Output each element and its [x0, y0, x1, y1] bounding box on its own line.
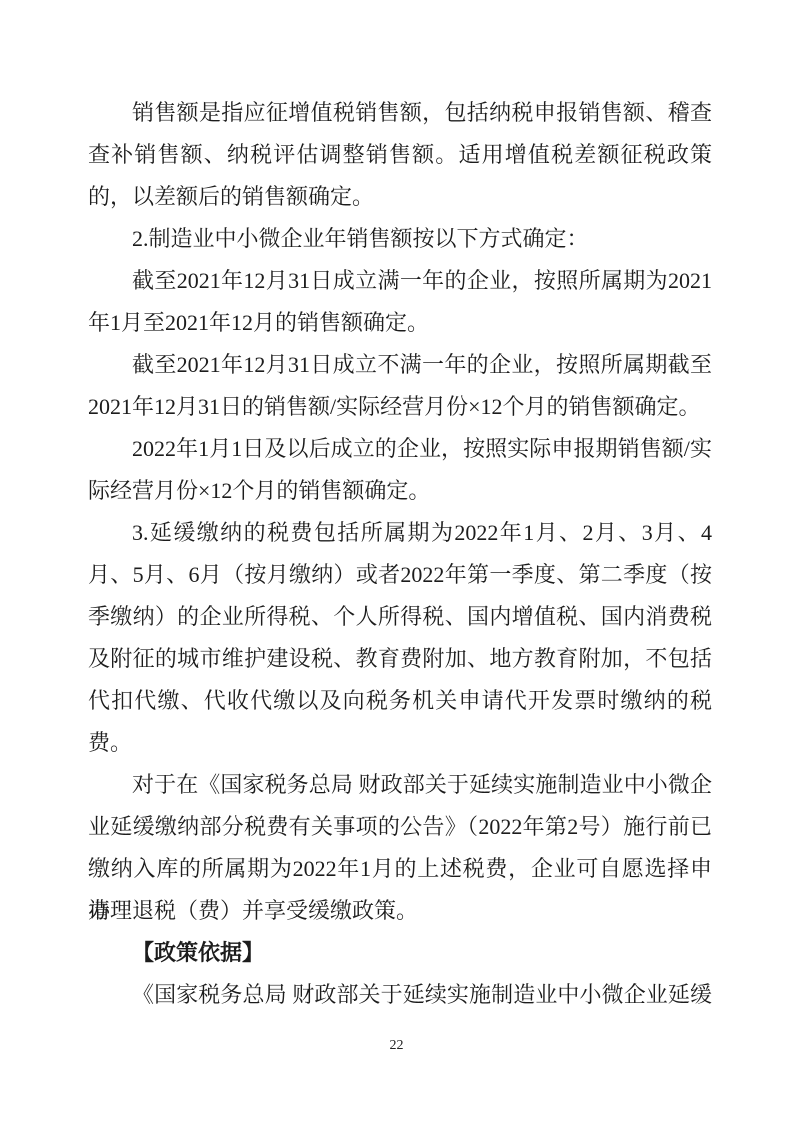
text-line: 季缴纳）的企业所得税、个人所得税、国内增值税、国内消费税 — [88, 596, 712, 638]
document-page: 销售额是指应征增值税销售额，包括纳税申报销售额、稽查查补销售额、纳税评估调整销售… — [0, 0, 793, 1122]
text-line: 《国家税务总局 财政部关于延续实施制造业中小微企业延缓 — [88, 974, 712, 1016]
text-line: 查补销售额、纳税评估调整销售额。适用增值税差额征税政策 — [88, 134, 712, 176]
text-line: 截至2021年12月31日成立不满一年的企业，按照所属期截至 — [88, 344, 712, 386]
text-line: 3.延缓缴纳的税费包括所属期为2022年1月、2月、3月、4 — [88, 512, 712, 554]
text-line: 2021年12月31日的销售额/实际经营月份×12个月的销售额确定。 — [88, 386, 712, 428]
text-line: 月、5月、6月（按月缴纳）或者2022年第一季度、第二季度（按 — [88, 554, 712, 596]
text-line: 销售额是指应征增值税销售额，包括纳税申报销售额、稽查 — [88, 92, 712, 134]
text-line: 年1月至2021年12月的销售额确定。 — [88, 302, 712, 344]
text-line: 代扣代缴、代收代缴以及向税务机关申请代开发票时缴纳的税 — [88, 680, 712, 722]
text-line: 际经营月份×12个月的销售额确定。 — [88, 470, 712, 512]
text-line: 对于在《国家税务总局 财政部关于延续实施制造业中小微企 — [88, 764, 712, 806]
document-body: 销售额是指应征增值税销售额，包括纳税申报销售额、稽查查补销售额、纳税评估调整销售… — [88, 92, 712, 1016]
text-line: 截至2021年12月31日成立满一年的企业，按照所属期为2021 — [88, 260, 712, 302]
text-line: 业延缓缴纳部分税费有关事项的公告》（2022年第2号）施行前已 — [88, 806, 712, 848]
text-line: 办理退税（费）并享受缓缴政策。 — [88, 890, 712, 932]
page-number: 22 — [0, 1036, 793, 1056]
text-line: 及附征的城市维护建设税、教育费附加、地方教育附加，不包括 — [88, 638, 712, 680]
text-line: 缴纳入库的所属期为2022年1月的上述税费，企业可自愿选择申请 — [88, 848, 712, 890]
text-line: 2022年1月1日及以后成立的企业，按照实际申报期销售额/实 — [88, 428, 712, 470]
text-line: 费。 — [88, 722, 712, 764]
text-line: 的，以差额后的销售额确定。 — [88, 176, 712, 218]
text-line: 【政策依据】 — [88, 932, 712, 974]
text-line: 2.制造业中小微企业年销售额按以下方式确定： — [88, 218, 712, 260]
